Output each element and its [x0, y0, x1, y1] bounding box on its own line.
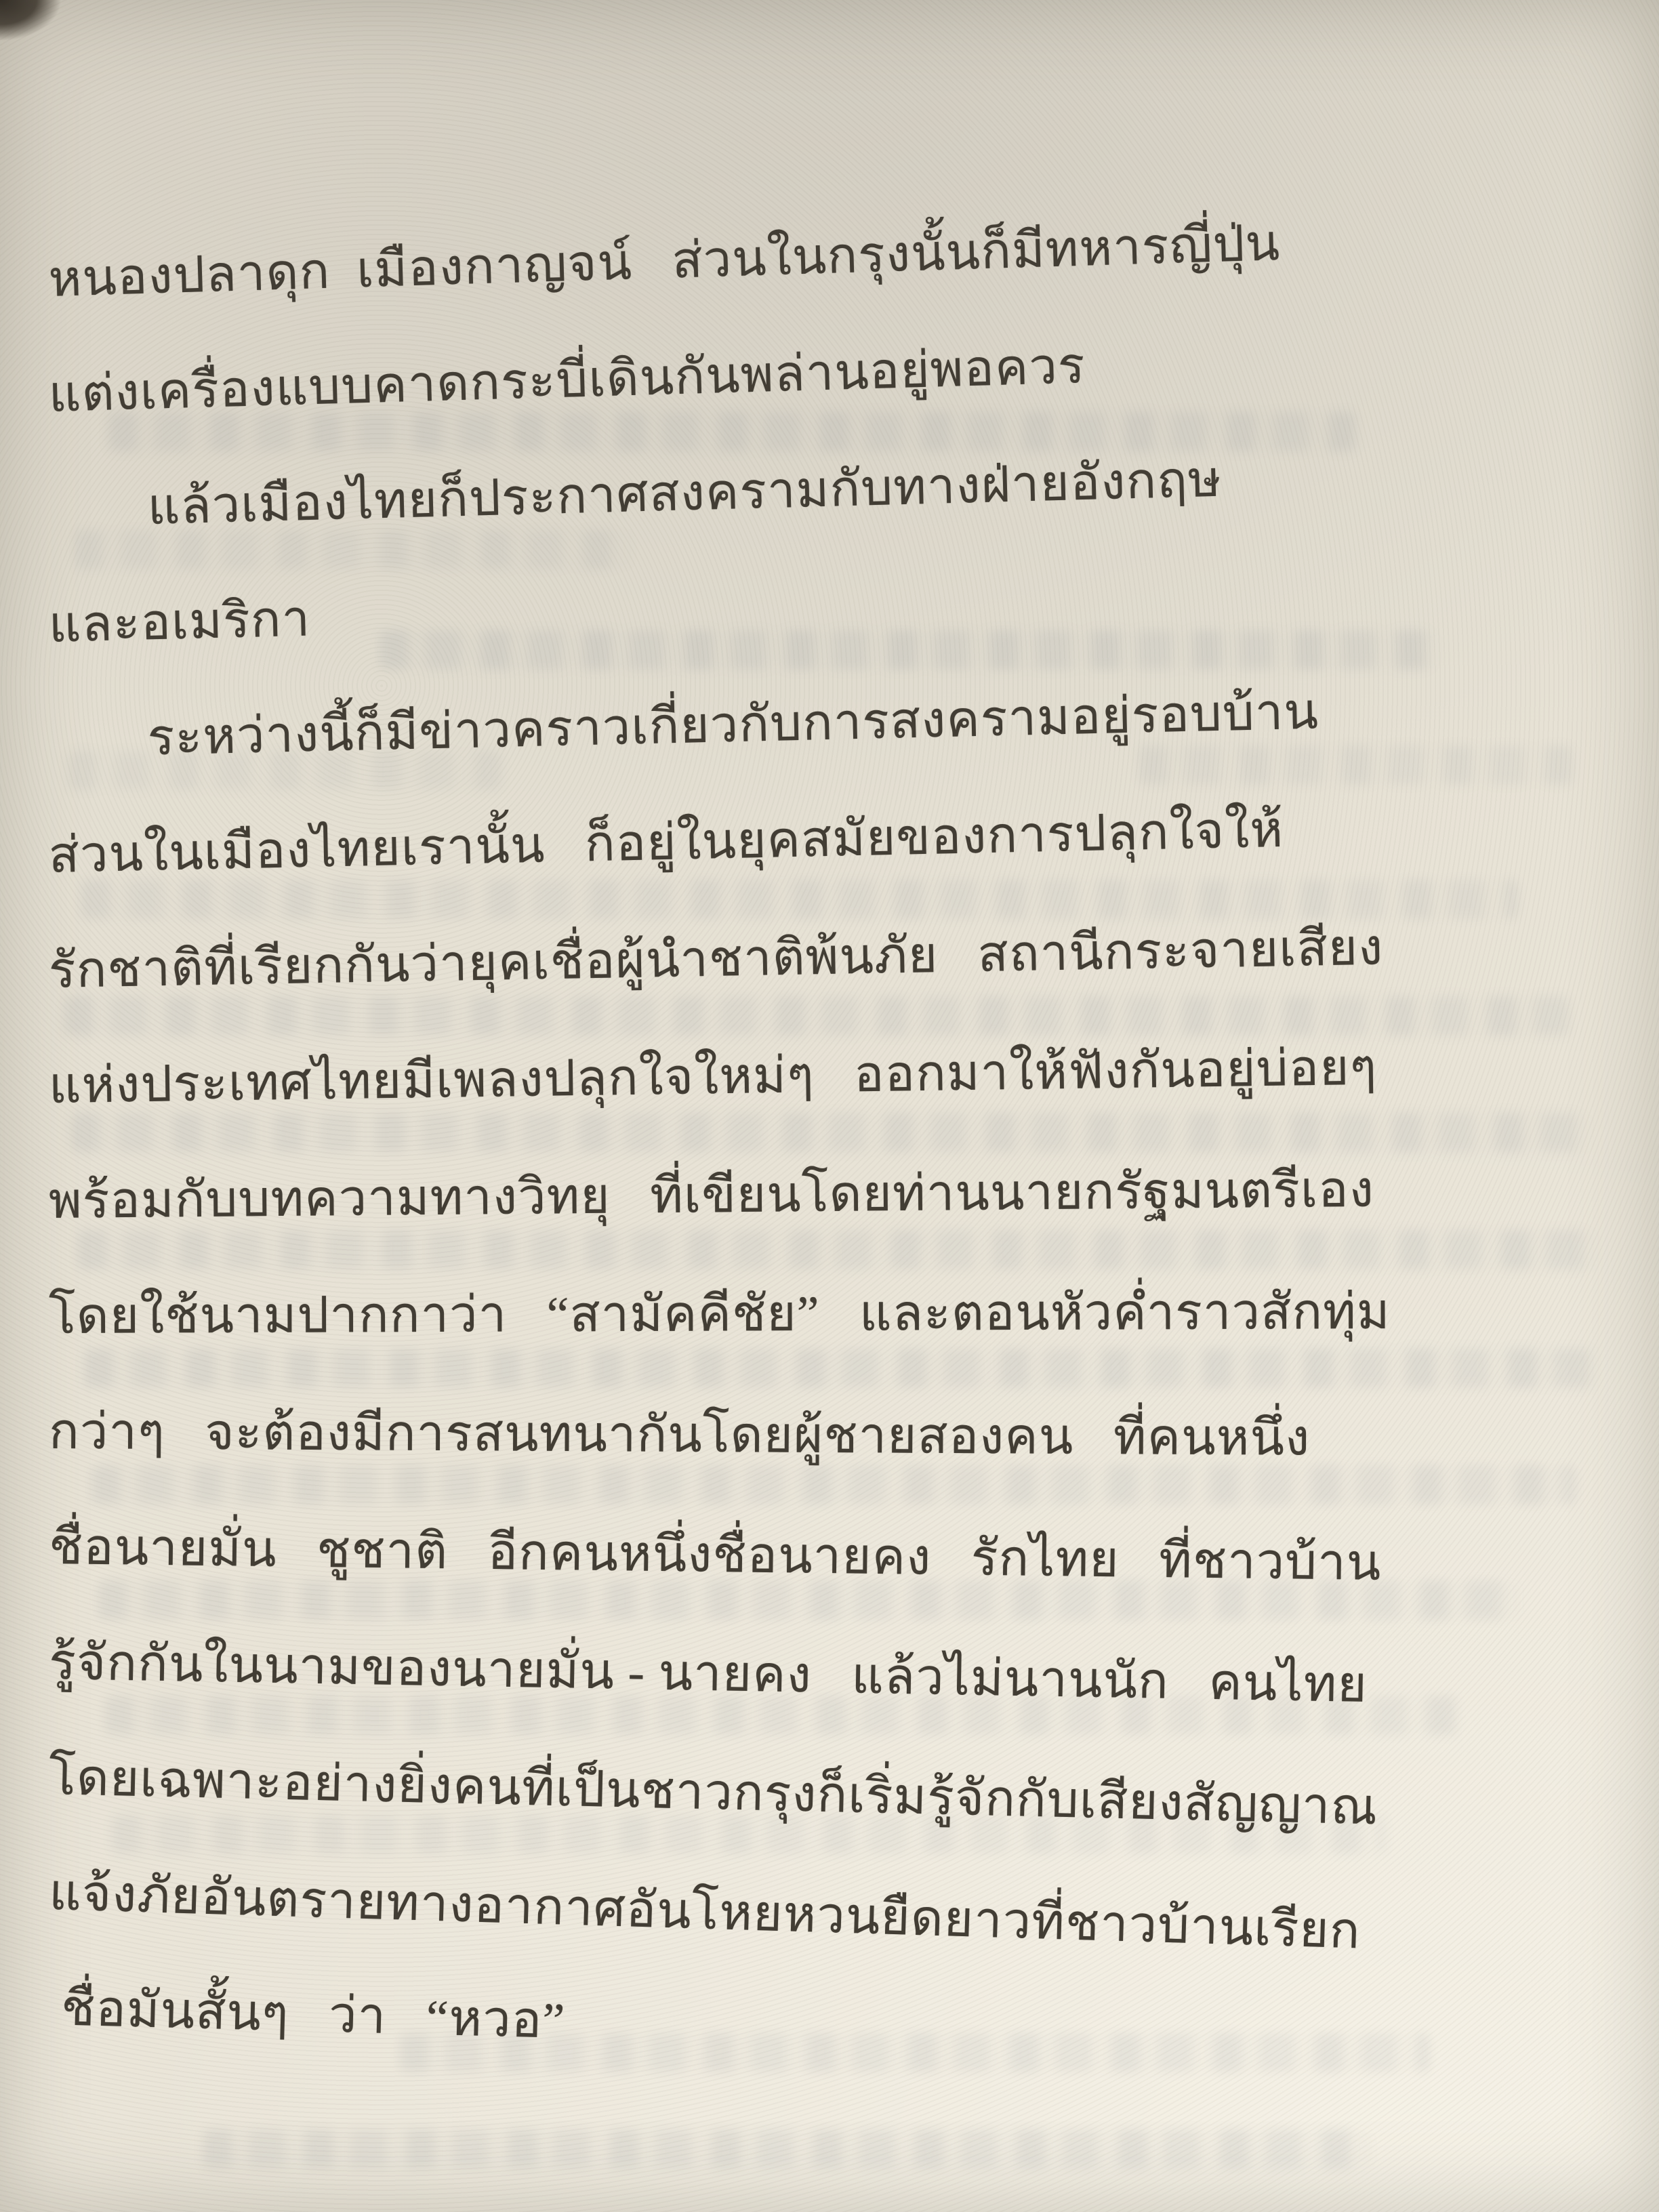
text-line: แห่งประเทศไทยมีเพลงปลุกใจใหม่ๆ ออกมาให้ฟ…: [48, 1014, 1627, 1151]
text-line: โดยใช้นามปากกาว่า “สามัคคีชัย” และตอนหัว…: [49, 1261, 1627, 1381]
page-text-block: หนองปลาดุก เมืองกาญจน์ ส่วนในกรุงนั้นก็ม…: [49, 229, 1626, 2072]
show-through-line: [203, 2129, 1369, 2169]
text-line: พร้อมกับบทความทางวิทยุ ที่เขียนโดยท่านนา…: [48, 1137, 1626, 1266]
text-line: ชื่อนายมั่น ชูชาติ อีกคนหนึ่งชื่อนายคง ร…: [48, 1496, 1627, 1631]
text-line: กว่าๆ จะต้องมีการสนทนากันโดยผู้ชายสองคน …: [49, 1381, 1627, 1504]
